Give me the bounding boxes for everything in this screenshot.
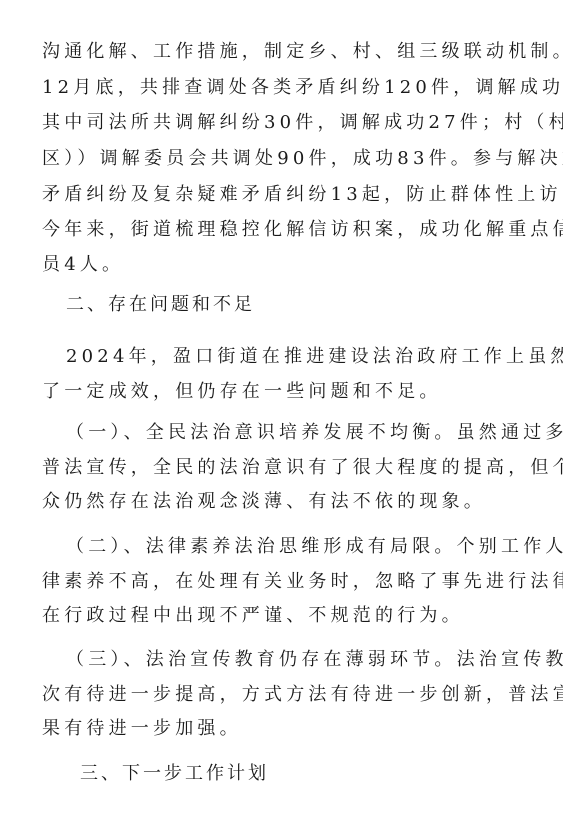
list-item-line: 众仍然存在法治观念淡薄、有法不依的现象。 — [42, 490, 486, 514]
list-item-line: 果有待进一步加强。 — [42, 717, 242, 741]
paragraph-line: 矛盾纠纷及复杂疑难矛盾纠纷13起，防止群体性上访5件。 — [42, 183, 563, 207]
list-item-line: 律素养不高，在处理有关业务时，忽略了事先进行法律咨询， — [42, 570, 563, 594]
list-item-line: （三）、法治宣传教育仍存在薄弱环节。法治宣传教育频 — [66, 648, 563, 672]
paragraph-line: 员4人。 — [42, 253, 124, 277]
list-item-line: 次有待进一步提高，方式方法有待进一步创新，普法宣传效 — [42, 683, 563, 707]
list-item-line: 在行政过程中出现不严谨、不规范的行为。 — [42, 604, 464, 628]
paragraph-line: 今年来，街道梳理稳控化解信访积案，成功化解重点信访人 — [42, 218, 563, 242]
list-item-line: （一）、全民法治意识培养发展不均衡。虽然通过多年的 — [66, 421, 563, 445]
section-heading: 二、存在问题和不足 — [66, 293, 255, 317]
paragraph-line: 沟通化解、工作措施，制定乡、村、组三级联动机制。截至 — [42, 40, 563, 64]
list-item-line: （二）、法律素养法治思维形成有局限。个别工作人员法 — [66, 535, 563, 559]
paragraph-line: 12月底，共排查调处各类矛盾纠纷120件，调解成功110件， — [42, 76, 563, 100]
paragraph-line: 2024年，盈口街道在推进建设法治政府工作上虽然取得 — [66, 345, 563, 369]
paragraph-line: 了一定成效，但仍存在一些问题和不足。 — [42, 380, 442, 404]
paragraph-line: 区））调解委员会共调处90件，成功83件。参与解决重大 — [42, 147, 563, 171]
list-item-line: 普法宣传，全民的法治意识有了很大程度的提高，但个别群 — [42, 456, 563, 480]
paragraph-line: 其中司法所共调解纠纷30件，调解成功27件；村（村（社 — [42, 111, 563, 135]
section-heading: 三、下一步工作计划 — [80, 762, 269, 786]
document-page: 沟通化解、工作措施，制定乡、村、组三级联动机制。截至 12月底，共排查调处各类矛… — [0, 0, 563, 827]
